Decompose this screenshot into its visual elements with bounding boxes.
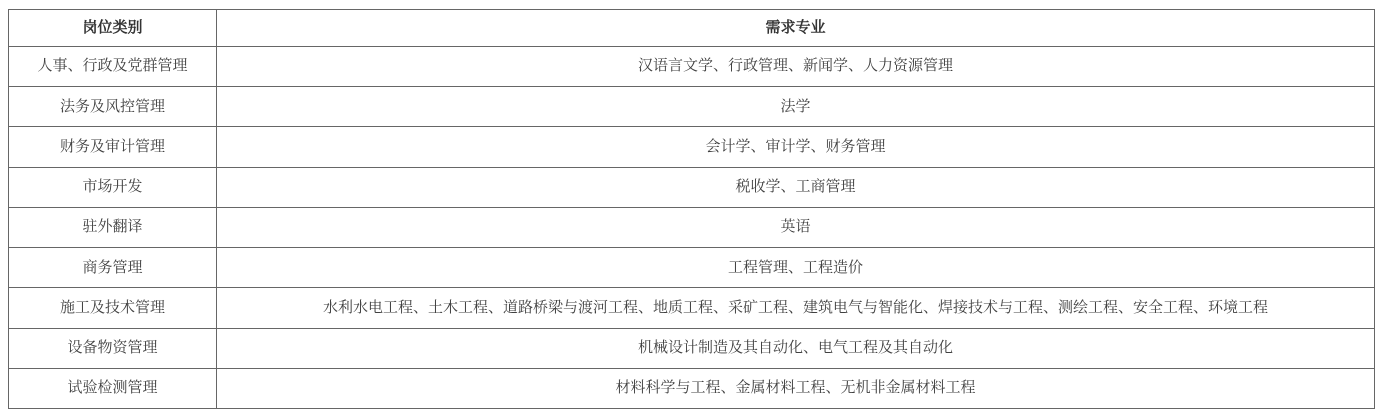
page: 岗位类别 需求专业 人事、行政及党群管理 汉语言文学、行政管理、新闻学、人力资源… bbox=[0, 0, 1384, 414]
column-header-category: 岗位类别 bbox=[9, 10, 217, 47]
majors-cell: 机械设计制造及其自动化、电气工程及其自动化 bbox=[217, 328, 1375, 368]
category-cell: 人事、行政及党群管理 bbox=[9, 47, 217, 87]
category-cell: 设备物资管理 bbox=[9, 328, 217, 368]
table-row: 财务及审计管理 会计学、审计学、财务管理 bbox=[9, 127, 1375, 167]
job-categories-table: 岗位类别 需求专业 人事、行政及党群管理 汉语言文学、行政管理、新闻学、人力资源… bbox=[8, 9, 1375, 409]
table-row: 设备物资管理 机械设计制造及其自动化、电气工程及其自动化 bbox=[9, 328, 1375, 368]
table-row: 法务及风控管理 法学 bbox=[9, 87, 1375, 127]
majors-cell: 工程管理、工程造价 bbox=[217, 248, 1375, 288]
majors-cell: 会计学、审计学、财务管理 bbox=[217, 127, 1375, 167]
majors-cell: 英语 bbox=[217, 207, 1375, 247]
table-row: 人事、行政及党群管理 汉语言文学、行政管理、新闻学、人力资源管理 bbox=[9, 47, 1375, 87]
majors-cell: 汉语言文学、行政管理、新闻学、人力资源管理 bbox=[217, 47, 1375, 87]
category-cell: 驻外翻译 bbox=[9, 207, 217, 247]
category-cell: 商务管理 bbox=[9, 248, 217, 288]
majors-cell: 水利水电工程、土木工程、道路桥梁与渡河工程、地质工程、采矿工程、建筑电气与智能化… bbox=[217, 288, 1375, 328]
table-row: 施工及技术管理 水利水电工程、土木工程、道路桥梁与渡河工程、地质工程、采矿工程、… bbox=[9, 288, 1375, 328]
majors-cell: 税收学、工商管理 bbox=[217, 167, 1375, 207]
table-row: 试验检测管理 材料科学与工程、金属材料工程、无机非金属材料工程 bbox=[9, 368, 1375, 408]
category-cell: 试验检测管理 bbox=[9, 368, 217, 408]
category-cell: 施工及技术管理 bbox=[9, 288, 217, 328]
column-header-majors: 需求专业 bbox=[217, 10, 1375, 47]
category-cell: 财务及审计管理 bbox=[9, 127, 217, 167]
header-row: 岗位类别 需求专业 bbox=[9, 10, 1375, 47]
table-row: 驻外翻译 英语 bbox=[9, 207, 1375, 247]
majors-cell: 材料科学与工程、金属材料工程、无机非金属材料工程 bbox=[217, 368, 1375, 408]
majors-cell: 法学 bbox=[217, 87, 1375, 127]
table-row: 商务管理 工程管理、工程造价 bbox=[9, 248, 1375, 288]
category-cell: 法务及风控管理 bbox=[9, 87, 217, 127]
table-row: 市场开发 税收学、工商管理 bbox=[9, 167, 1375, 207]
category-cell: 市场开发 bbox=[9, 167, 217, 207]
